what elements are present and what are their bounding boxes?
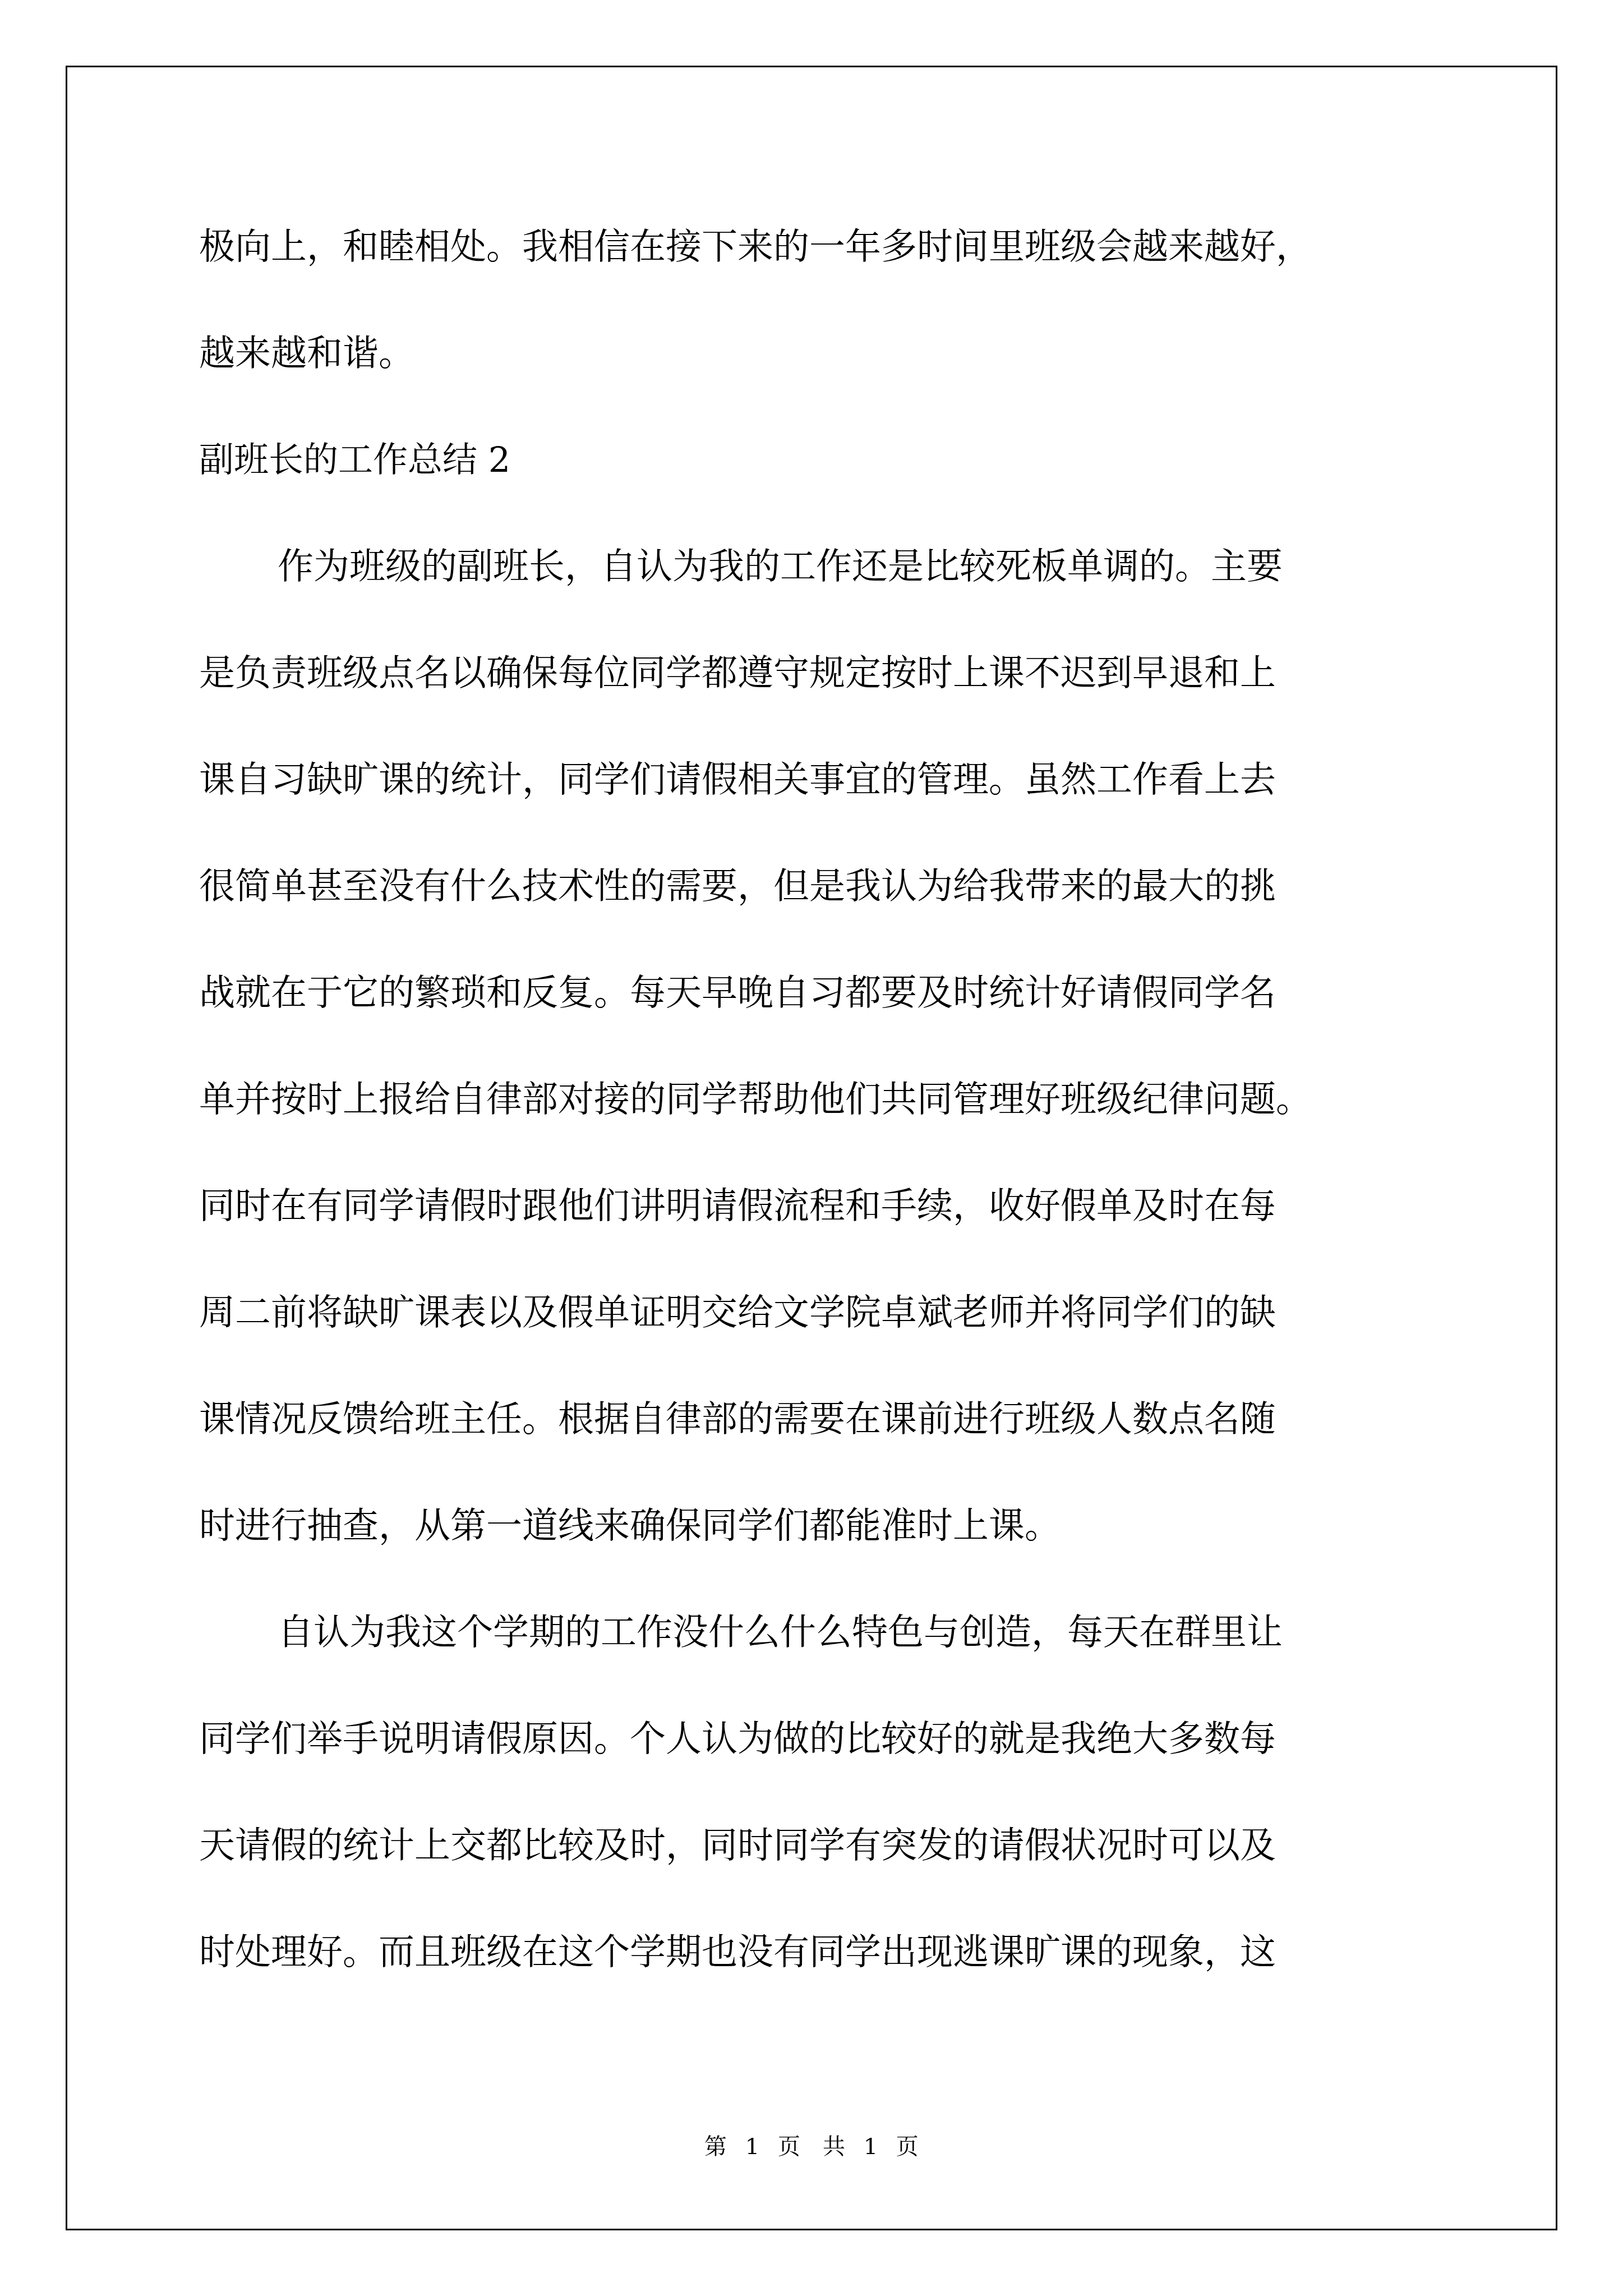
- text-line: 课情况反馈给班主任。根据自律部的需要在课前进行班级人数点名随: [199, 1386, 1433, 1492]
- text-line: 是负责班级点名以确保每位同学都遵守规定按时上课不迟到早退和上: [199, 639, 1433, 746]
- text-line: 同学们举手说明请假原因。个人认为做的比较好的就是我绝大多数每: [199, 1705, 1433, 1812]
- section-heading: 副班长的工作总结 2: [199, 426, 1433, 533]
- text-line: 时进行抽查，从第一道线来确保同学们都能准时上课。: [199, 1492, 1433, 1599]
- text-line: 时处理好。而且班级在这个学期也没有同学出现逃课旷课的现象，这: [199, 1918, 1433, 2025]
- text-line: 越来越和谐。: [199, 320, 1433, 426]
- page-number-footer: 第 1 页 共 1 页: [0, 2129, 1623, 2161]
- text-line: 天请假的统计上交都比较及时，同时同学有突发的请假状况时可以及: [199, 1812, 1433, 1918]
- text-line: 同时在有同学请假时跟他们讲明请假流程和手续，收好假单及时在每: [199, 1172, 1433, 1279]
- document-body: 极向上，和睦相处。我相信在接下来的一年多时间里班级会越来越好， 越来越和谐。 副…: [199, 213, 1433, 2025]
- paragraph-first-line: 作为班级的副班长，自认为我的工作还是比较死板单调的。主要: [199, 533, 1433, 639]
- text-line: 很简单甚至没有什么技术性的需要，但是我认为给我带来的最大的挑: [199, 853, 1433, 959]
- text-line: 极向上，和睦相处。我相信在接下来的一年多时间里班级会越来越好，: [199, 213, 1433, 320]
- paragraph-first-line: 自认为我这个学期的工作没什么什么特色与创造，每天在群里让: [199, 1599, 1433, 1705]
- text-line: 周二前将缺旷课表以及假单证明交给文学院卓斌老师并将同学们的缺: [199, 1279, 1433, 1386]
- text-line: 课自习缺旷课的统计，同学们请假相关事宜的管理。虽然工作看上去: [199, 746, 1433, 853]
- text-line: 战就在于它的繁琐和反复。每天早晚自习都要及时统计好请假同学名: [199, 959, 1433, 1066]
- text-line: 单并按时上报给自律部对接的同学帮助他们共同管理好班级纪律问题。: [199, 1066, 1433, 1172]
